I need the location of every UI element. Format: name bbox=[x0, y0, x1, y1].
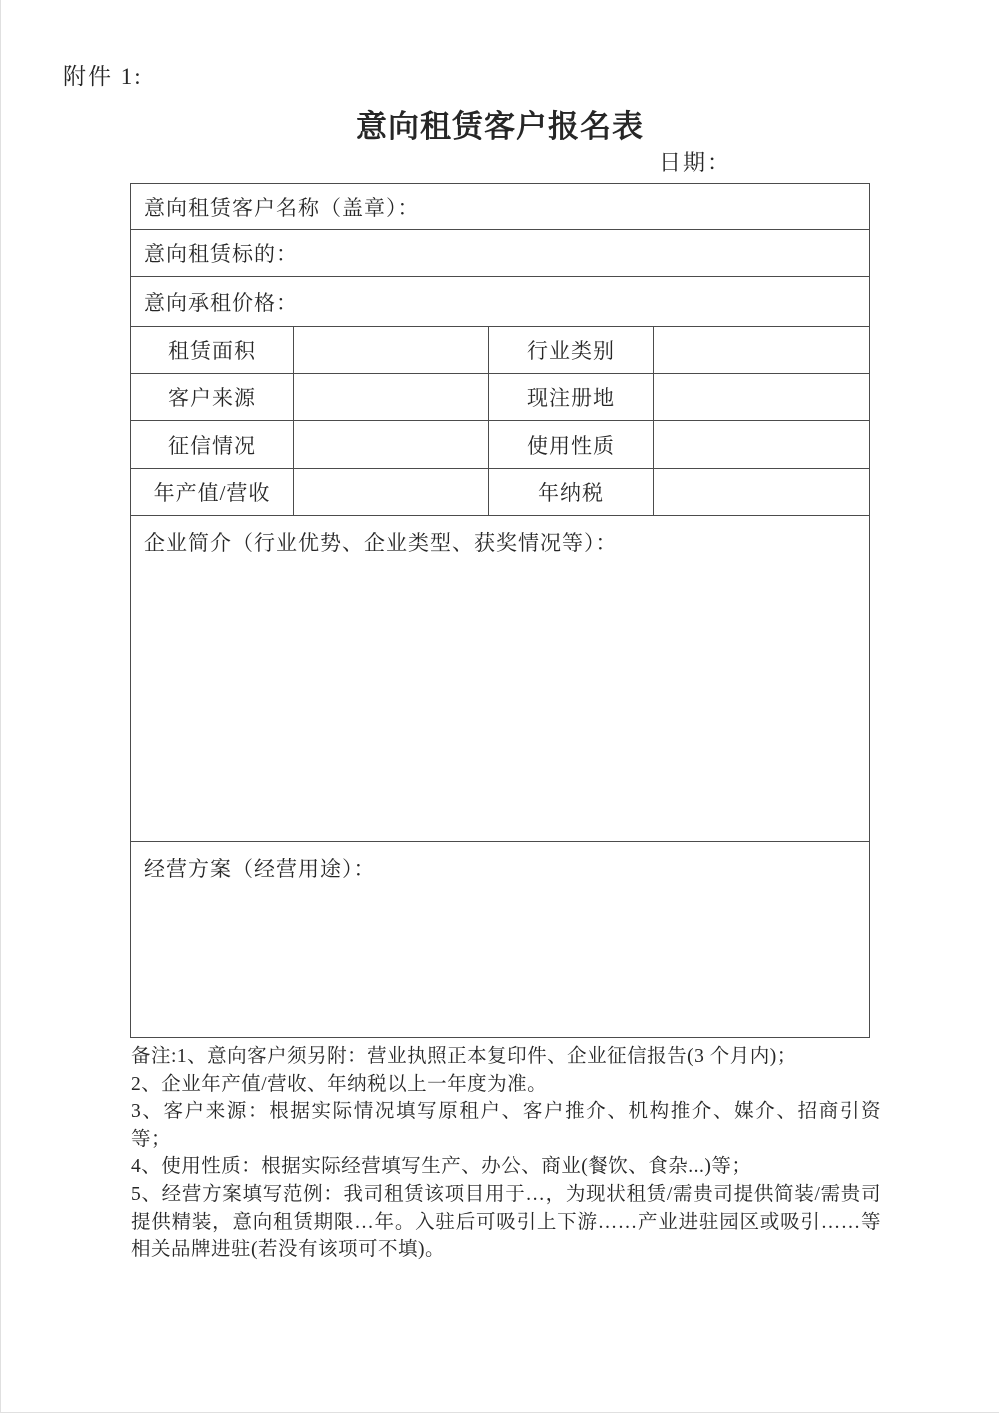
field-lease-subject-label: 意向租赁标的： bbox=[131, 230, 870, 277]
table-row: 征信情况 使用性质 bbox=[131, 421, 870, 469]
field-registered-location-label: 现注册地 bbox=[489, 374, 654, 421]
note-3: 3、客户来源：根据实际情况填写原租户、客户推介、机构推介、媒介、招商引资等； bbox=[131, 1098, 881, 1153]
note-4: 4、使用性质：根据实际经营填写生产、办公、商业(餐饮、食杂...)等； bbox=[131, 1153, 881, 1181]
field-credit-status-label: 征信情况 bbox=[131, 421, 294, 469]
field-industry-category-label: 行业类别 bbox=[489, 327, 654, 374]
field-customer-source-value bbox=[294, 374, 489, 421]
field-customer-source-label: 客户来源 bbox=[131, 374, 294, 421]
attachment-label: 附件 1: bbox=[63, 58, 143, 91]
footer-notes: 备注:1、意向客户须另附：营业执照正本复印件、企业征信报告(3 个月内)； 2、… bbox=[131, 1043, 881, 1264]
table-row: 年产值/营收 年纳税 bbox=[131, 469, 870, 516]
section-company-profile-label: 企业简介（行业优势、企业类型、获奖情况等）： bbox=[131, 516, 870, 842]
field-industry-category-value bbox=[654, 327, 870, 374]
table-row: 意向承租价格： bbox=[131, 277, 870, 327]
note-5: 5、经营方案填写范例：我司租赁该项目用于…，为现状租赁/需贵司提供简装/需贵司提… bbox=[131, 1181, 881, 1264]
field-credit-status-value bbox=[294, 421, 489, 469]
note-2: 2、企业年产值/营收、年纳税以上一年度为准。 bbox=[131, 1071, 881, 1099]
section-business-plan-label: 经营方案（经营用途）： bbox=[131, 842, 870, 1038]
table-row: 企业简介（行业优势、企业类型、获奖情况等）： bbox=[131, 516, 870, 842]
field-annual-output-value bbox=[294, 469, 489, 516]
note-1: 备注:1、意向客户须另附：营业执照正本复印件、企业征信报告(3 个月内)； bbox=[131, 1043, 881, 1071]
field-annual-output-label: 年产值/营收 bbox=[131, 469, 294, 516]
document-page: 附件 1: 意向租赁客户报名表 日期： 意向租赁客户名称（盖章）： 意向租赁标的… bbox=[0, 0, 999, 1413]
table-row: 意向租赁客户名称（盖章）： bbox=[131, 184, 870, 230]
page-title: 意向租赁客户报名表 bbox=[1, 101, 999, 146]
field-intended-rent-price-label: 意向承租价格： bbox=[131, 277, 870, 327]
field-customer-name-label: 意向租赁客户名称（盖章）： bbox=[131, 184, 870, 230]
table-row: 客户来源 现注册地 bbox=[131, 374, 870, 421]
field-usage-nature-label: 使用性质 bbox=[489, 421, 654, 469]
field-lease-area-label: 租赁面积 bbox=[131, 327, 294, 374]
registration-form-table: 意向租赁客户名称（盖章）： 意向租赁标的： 意向承租价格： 租赁面积 行业类别 … bbox=[130, 183, 870, 1038]
table-row: 租赁面积 行业类别 bbox=[131, 327, 870, 374]
date-label: 日期： bbox=[659, 146, 731, 177]
field-registered-location-value bbox=[654, 374, 870, 421]
table-row: 意向租赁标的： bbox=[131, 230, 870, 277]
field-usage-nature-value bbox=[654, 421, 870, 469]
field-annual-tax-label: 年纳税 bbox=[489, 469, 654, 516]
field-lease-area-value bbox=[294, 327, 489, 374]
field-annual-tax-value bbox=[654, 469, 870, 516]
table-row: 经营方案（经营用途）： bbox=[131, 842, 870, 1038]
